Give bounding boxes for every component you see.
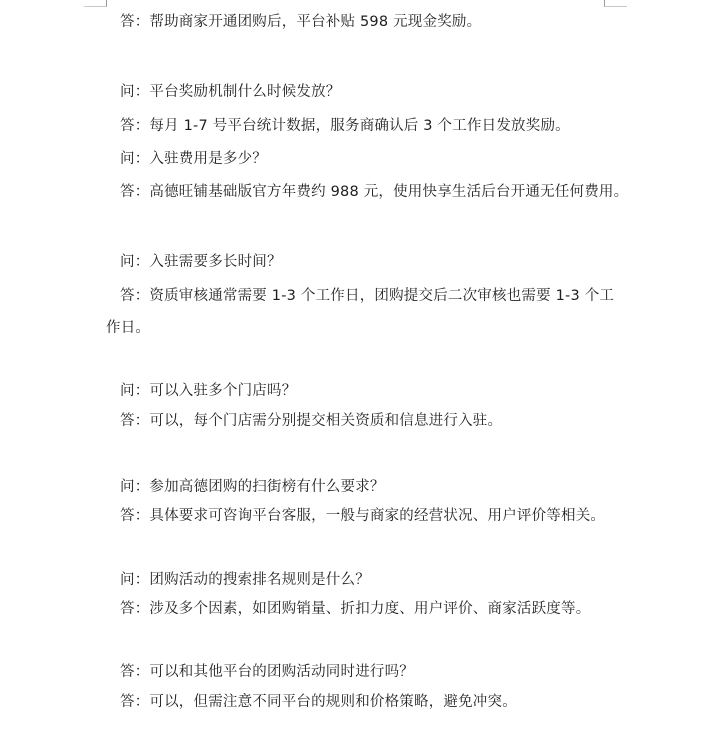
- question-street-ranking: 问：参加高德团购的扫街榜有什么要求？: [120, 477, 385, 497]
- answer-entry-fee: 答：高德旺铺基础版官方年费约 988 元，使用快享生活后台开通无任何费用。: [120, 182, 628, 202]
- margin-corner-mark-left: [84, 0, 107, 7]
- question-multiple-stores: 问：可以入驻多个门店吗？: [120, 381, 296, 401]
- question-reward-timing: 问：平台奖励机制什么时候发放？: [120, 82, 341, 102]
- answer-other-platforms: 答：可以，但需注意不同平台的规则和价格策略，避免冲突。: [120, 692, 517, 712]
- answer-entry-duration-continued: 作日。: [106, 318, 150, 338]
- question-entry-duration: 问：入驻需要多长时间？: [120, 252, 282, 272]
- answer-street-ranking: 答：具体要求可咨询平台客服，一般与商家的经营状况、用户评价等相关。: [120, 506, 605, 526]
- document-page: 答：帮助商家开通团购后，平台补贴 598 元现金奖励。 问：平台奖励机制什么时候…: [0, 0, 712, 755]
- answer-entry-duration: 答：资质审核通常需要 1-3 个工作日，团购提交后二次审核也需要 1-3 个工: [120, 286, 614, 306]
- question-other-platforms: 答：可以和其他平台的团购活动同时进行吗？: [120, 662, 414, 682]
- question-search-ranking: 问：团购活动的搜索排名规则是什么？: [120, 570, 370, 590]
- answer-reward-subsidy: 答：帮助商家开通团购后，平台补贴 598 元现金奖励。: [120, 12, 481, 32]
- answer-multiple-stores: 答：可以，每个门店需分别提交相关资质和信息进行入驻。: [120, 411, 502, 431]
- answer-search-ranking: 答：涉及多个因素，如团购销量、折扣力度、用户评价、商家活跃度等。: [120, 599, 590, 619]
- question-entry-fee: 问：入驻费用是多少？: [120, 149, 267, 169]
- margin-corner-mark-right: [604, 0, 627, 7]
- answer-reward-timing: 答：每月 1-7 号平台统计数据，服务商确认后 3 个工作日发放奖励。: [120, 116, 570, 136]
